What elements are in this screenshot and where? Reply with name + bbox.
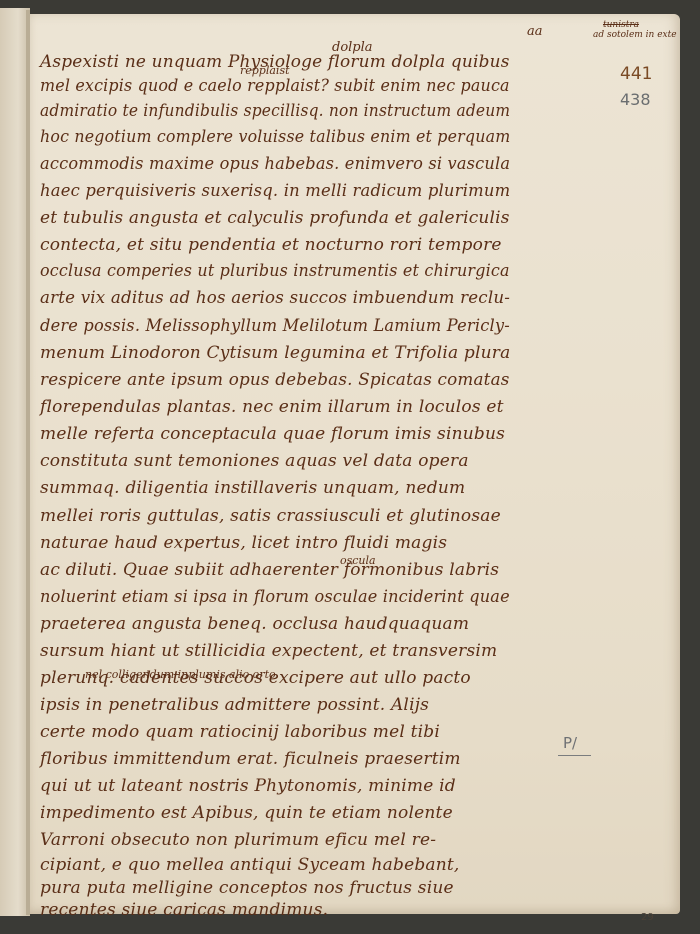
text-line-33: recentes siue caricas mandimus.: [40, 900, 328, 920]
folio-number-pencil: 438: [620, 90, 651, 109]
text-line-26: certe modo quam ratiocinij laboribus mel…: [40, 722, 440, 742]
text-line-27: floribus immittendum erat. ficulneis pra…: [40, 749, 461, 769]
corner-note-struck: tunistra: [603, 20, 639, 30]
text-line-7: et tubulis angusta et calyculis profunda…: [40, 208, 510, 228]
text-line-23: sursum hiant ut stillicidia expectent, e…: [40, 641, 497, 661]
text-line-14: florependulas plantas. nec enim illarum …: [40, 397, 504, 417]
text-line-32: pura puta melligine conceptos nos fructu…: [40, 878, 454, 898]
text-line-2: mel excipis quod e caelo repplaist? subi…: [40, 76, 510, 96]
text-line-22: praeterea angusta beneq. occlusa haudqua…: [40, 614, 469, 634]
pencil-underline: [558, 755, 591, 756]
text-line-16: constituta sunt temoniones aquas vel dat…: [40, 451, 469, 471]
text-line-3: admiratio te infundibulis specillisq. no…: [40, 101, 510, 121]
text-line-1: Aspexisti ne unquam Physiologe florum do…: [40, 52, 510, 72]
corner-note-right: ad sotolem in exte: [593, 30, 677, 40]
text-line-21: noluerint etiam si ipsa in florum oscula…: [40, 587, 510, 607]
folio-number-ink: 441: [620, 64, 652, 84]
text-line-24: plerunq. cadentes succos excipere aut ul…: [40, 668, 471, 688]
text-line-20: ac diluti. Quae subiit adhaerenter formo…: [40, 560, 499, 580]
text-line-5: accommodis maxime opus habebas. enimvero…: [40, 154, 510, 174]
text-line-6: haec perquisiveris suxerisq. in melli ra…: [40, 181, 510, 201]
text-line-18: mellei roris guttulas, satis crassiuscul…: [40, 506, 501, 526]
text-line-10: arte vix aditus ad hos aerios succos imb…: [40, 288, 510, 308]
text-line-31: cipiant, e quo mellea antiqui Syceam hab…: [40, 855, 460, 875]
text-line-15: melle referta conceptacula quae florum i…: [40, 424, 505, 444]
text-line-29: impedimento est Apibus, quin te etiam no…: [40, 803, 453, 823]
text-line-13: respicere ante ipsum opus debebas. Spica…: [40, 370, 510, 390]
text-line-30: Varroni obsecuto non plurimum eficu mel …: [40, 830, 436, 850]
text-line-17: summaq. diligentia instillaveris unquam,…: [40, 478, 465, 498]
text-line-11: dere possis. Melissophyllum Melilotum La…: [40, 316, 510, 336]
margin-pencil-mark: P/: [563, 734, 577, 752]
corner-note-left: aa: [527, 24, 543, 39]
text-line-9: occlusa comperies ut pluribus instrument…: [40, 261, 510, 281]
text-line-12: menum Linodoron Cytisum legumina et Trif…: [40, 343, 510, 363]
text-line-4: hoc negotium complere voluisse talibus e…: [40, 127, 510, 147]
text-line-19: naturae haud expertus, licet intro fluid…: [40, 533, 447, 553]
text-line-8: contecta, et situ pendentia et nocturno …: [40, 235, 502, 255]
bottom-page-number: 29: [641, 912, 654, 923]
text-line-25: ipsis in penetralibus admittere possint.…: [40, 695, 429, 715]
text-line-28: qui ut ut lateant nostris Phytonomis, mi…: [40, 776, 456, 796]
